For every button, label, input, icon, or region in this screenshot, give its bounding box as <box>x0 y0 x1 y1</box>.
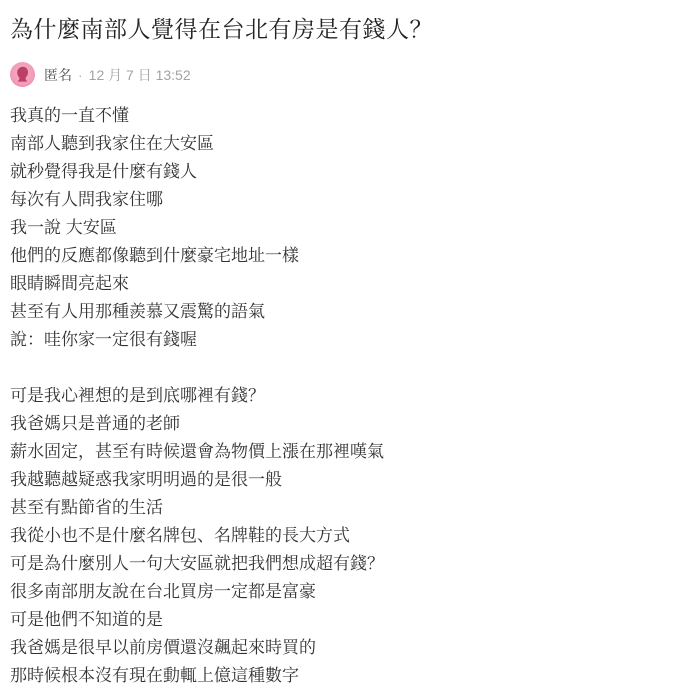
body-line: 他們的反應都像聽到什麼豪宅地址一樣 <box>10 242 675 270</box>
body-line: 薪水固定，甚至有時候還會為物價上漲在那裡嘆氣 <box>10 438 675 466</box>
post-timestamp: 12 月 7 日 13:52 <box>89 65 191 85</box>
body-line: 南部人聽到我家住在大安區 <box>10 130 675 158</box>
author-name[interactable]: 匿名 <box>44 65 72 85</box>
body-line: 眼睛瞬間亮起來 <box>10 270 675 298</box>
body-line: 我一說 大安區 <box>10 214 675 242</box>
body-line: 我越聽越疑惑我家明明過的是很一般 <box>10 466 675 494</box>
meta-separator: · <box>78 67 83 83</box>
post-body: 我真的一直不懂 南部人聽到我家住在大安區 就秒覺得我是什麼有錢人 每次有人問我家… <box>10 102 675 690</box>
body-line: 我真的一直不懂 <box>10 102 675 130</box>
body-line: 那時候根本沒有現在動輒上億這種數字 <box>10 662 675 690</box>
body-line-blank <box>10 354 675 382</box>
body-line: 說：哇你家一定很有錢喔 <box>10 326 675 354</box>
body-line: 很多南部朋友說在台北買房一定都是富豪 <box>10 578 675 606</box>
body-line: 甚至有點節省的生活 <box>10 494 675 522</box>
person-silhouette-icon <box>10 62 35 87</box>
body-line: 就秒覺得我是什麼有錢人 <box>10 158 675 186</box>
post-title: 為什麼南部人覺得在台北有房是有錢人？ <box>10 14 675 45</box>
body-line: 我爸媽只是普通的老師 <box>10 410 675 438</box>
body-line: 可是他們不知道的是 <box>10 606 675 634</box>
anonymous-avatar[interactable] <box>10 62 35 87</box>
body-line: 可是我心裡想的是到底哪裡有錢？ <box>10 382 675 410</box>
body-line: 可是為什麼別人一句大安區就把我們想成超有錢？ <box>10 550 675 578</box>
post-page: 為什麼南部人覺得在台北有房是有錢人？ 匿名 · 12 月 7 日 13:52 我… <box>0 14 691 690</box>
body-line: 每次有人問我家住哪 <box>10 186 675 214</box>
body-line: 甚至有人用那種羨慕又震驚的語氣 <box>10 298 675 326</box>
body-line: 我從小也不是什麼名牌包、名牌鞋的長大方式 <box>10 522 675 550</box>
body-line: 我爸媽是很早以前房價還沒飆起來時買的 <box>10 634 675 662</box>
post-meta: 匿名 · 12 月 7 日 13:52 <box>10 62 675 87</box>
